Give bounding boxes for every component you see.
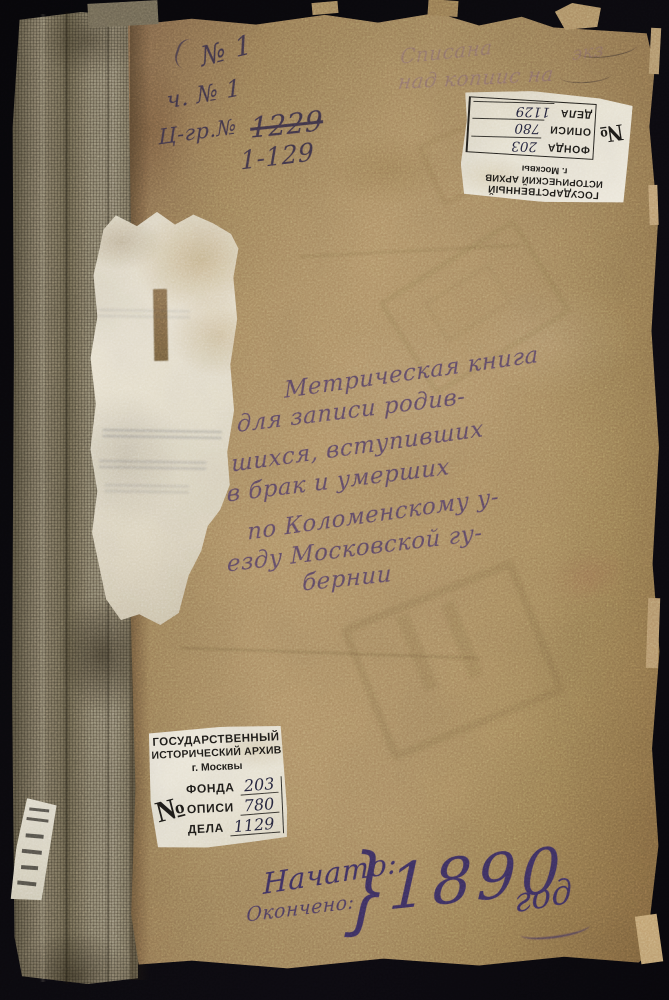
opis-value: 780 [472, 118, 544, 134]
archive-stamp-label-top: ГОСУДАРСТВЕННЫЙ ИСТОРИЧЕСКИЙ АРХИВ г. Мо… [459, 87, 633, 207]
torn-top-flap [312, 1, 339, 15]
opis-label: ОПИСИ [549, 123, 591, 138]
faded-print-smudge [105, 483, 189, 493]
delo-label: ДЕЛА [188, 821, 225, 837]
faded-note-fragment: экз [572, 40, 604, 66]
faded-print-smudge [99, 308, 190, 318]
delo-value: 1129 [229, 816, 280, 837]
number-sign: № [151, 789, 190, 830]
spine-fold-line [64, 12, 69, 984]
torn-spine-flap [87, 0, 158, 28]
delo-value: 1129 [473, 101, 555, 118]
archive-stamp-label-bottom: ГОСУДАРСТВЕННЫЙ ИСТОРИЧЕСКИЙ АРХИВ г. Мо… [147, 724, 288, 850]
torn-edge-chip [646, 598, 660, 668]
fond-label: ФОНДА [547, 141, 590, 156]
number-sign: № [593, 117, 629, 148]
delo-label: ДЕЛА [560, 106, 593, 120]
fond-value: 203 [471, 136, 542, 152]
curly-brace: } [341, 833, 392, 948]
fond-value: 203 [240, 776, 279, 796]
opis-label: ОПИСИ [187, 801, 234, 817]
faded-print-smudge [103, 425, 222, 439]
faded-print-smudge [99, 458, 206, 470]
torn-edge-chip [648, 185, 658, 225]
fond-label: ФОНДА [186, 781, 235, 797]
archival-book-cover-photo: № 1 ч. № 1 Ц-гр.№ 1229 1-129 Списана экз… [0, 0, 669, 1000]
label-tear-gash [153, 289, 168, 361]
torn-top-flap [427, 0, 458, 17]
torn-edge-chip [649, 28, 661, 74]
